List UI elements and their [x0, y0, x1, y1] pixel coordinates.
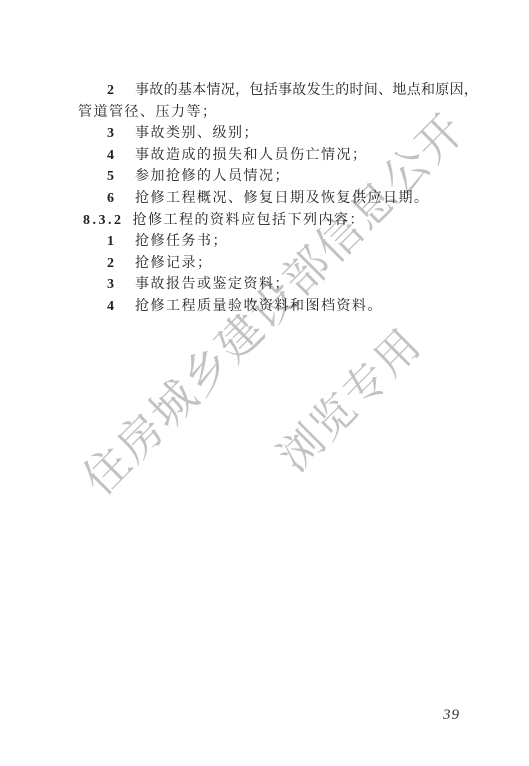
item-text: 事故类别、级别； — [135, 126, 259, 141]
item-text: 事故造成的损失和人员伤亡情况； — [135, 148, 368, 163]
list-item: 2抢修记录； — [78, 253, 488, 275]
list-item: 1抢修任务书； — [78, 231, 488, 253]
clause-text: 抢修工程的资料应包括下列内容： — [133, 213, 366, 228]
document-page: 住房城乡建设部信息公开 浏览专用 2事故的基本情况，包括事故发生的时间、地点和原… — [0, 0, 529, 766]
item-number: 5 — [107, 166, 135, 188]
item-text: 参加抢修的人员情况； — [135, 169, 290, 184]
item-number: 3 — [107, 274, 135, 296]
list-item: 4抢修工程质量验收资料和图档资料。 — [78, 296, 488, 318]
list-item: 3事故报告或鉴定资料； — [78, 274, 488, 296]
list-item: 6抢修工程概况、修复日期及恢复供应日期。 — [78, 188, 488, 210]
item-number: 4 — [107, 145, 135, 167]
item-number: 6 — [107, 188, 135, 210]
item-number: 2 — [107, 80, 135, 102]
item-number: 1 — [107, 231, 135, 253]
item-number: 2 — [107, 253, 135, 275]
item-text: 抢修记录； — [135, 256, 213, 271]
clause-line: 8.3.2抢修工程的资料应包括下列内容： — [78, 210, 488, 232]
item-number: 4 — [107, 296, 135, 318]
body-text: 2事故的基本情况，包括事故发生的时间、地点和原因， 管道管径、压力等； 3事故类… — [78, 80, 488, 318]
continuation-text: 管道管径、压力等； — [78, 102, 488, 124]
list-item: 5参加抢修的人员情况； — [78, 166, 488, 188]
item-text: 事故报告或鉴定资料； — [135, 277, 290, 292]
item-text: 抢修工程质量验收资料和图档资料。 — [135, 299, 383, 314]
list-item: 2事故的基本情况，包括事故发生的时间、地点和原因， — [78, 80, 488, 102]
page-number: 39 — [443, 707, 460, 724]
item-text: 事故的基本情况，包括事故发生的时间、地点和原因， — [135, 83, 478, 98]
watermark-secondary: 浏览专用 — [263, 313, 433, 483]
list-item: 4事故造成的损失和人员伤亡情况； — [78, 145, 488, 167]
item-number: 3 — [107, 123, 135, 145]
list-item: 3事故类别、级别； — [78, 123, 488, 145]
clause-number: 8.3.2 — [83, 213, 124, 228]
item-text: 抢修工程概况、修复日期及恢复供应日期。 — [135, 191, 430, 206]
item-text: 抢修任务书； — [135, 234, 228, 249]
